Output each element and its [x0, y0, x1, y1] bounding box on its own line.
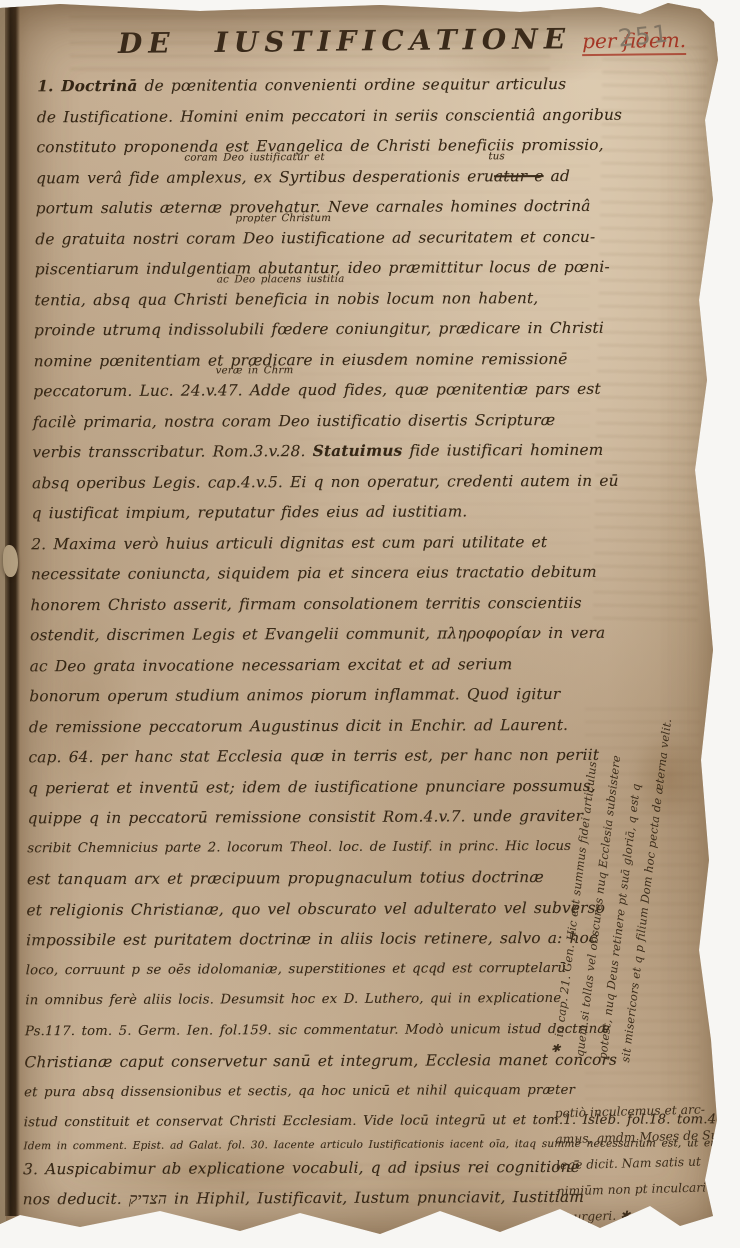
interlinear-note: coram Deo iustificatur et: [184, 153, 324, 164]
title-word-de: DE: [118, 26, 176, 60]
manuscript-line: de gratuita nostri coram Deo iustificati…: [35, 221, 610, 254]
title-word-iustificatione: IUSTIFICATIONE: [215, 22, 572, 59]
interlinear-note: veræ in Chrm: [215, 366, 293, 376]
manuscript-line: tentia, absq qua Christi beneficia in no…: [34, 282, 609, 315]
margin-note-line: amus, qmdm Moses de Sua: [555, 1122, 738, 1153]
manuscript-line: 3. Auspicabimur ab explicatione vocabuli…: [23, 1151, 598, 1184]
manuscript-line: Ps.117. tom. 5. Germ. Ien. fol.159. sic …: [25, 1014, 600, 1047]
manuscript-line: bonorum operum studium animos piorum inf…: [29, 679, 604, 712]
binding-gutter-shadow: [5, 6, 20, 1216]
interlinear-note: ac Deo placens iustitia: [217, 274, 345, 285]
manuscript-line: q perierat et inventū est; idem de iusti…: [28, 770, 603, 803]
margin-note-line: et urgeri. ✱: [557, 1200, 740, 1231]
interlinear-note: tus: [488, 152, 505, 162]
manuscript-line: peccatorum. Luc. 24.v.47. Adde quod fide…: [33, 374, 608, 407]
manuscript-line: honorem Christo asserit, firmam consolat…: [30, 587, 605, 620]
manuscript-line: ostendit, discrimen Legis et Evangelii c…: [30, 618, 605, 651]
manuscript-line: de Iustificatione. Homini enim peccatori…: [37, 99, 612, 132]
manuscript-line: ac Deo grata invocatione necessariam exc…: [29, 648, 604, 681]
manuscript-line: absq operibus Legis. cap.4.v.5. Ei q non…: [32, 465, 607, 498]
manuscript-line: loco, corruunt p se oēs idolomaniæ, supe…: [25, 953, 600, 986]
manuscript-line: impossibile est puritatem doctrinæ in al…: [26, 923, 601, 956]
manuscript-line: in omnibus ferè aliis locis. Desumsit ho…: [25, 984, 600, 1017]
manuscript-line: et pura absq dissensionibus et sectis, q…: [24, 1075, 599, 1108]
folio-number: 251: [617, 19, 671, 52]
manuscript-line: est tanquam arx et præcipuum propugnacul…: [27, 862, 602, 895]
margin-note-line: nimiūm non pt inculcari: [556, 1174, 739, 1205]
manuscript-line: 2. Maxima verò huius articuli dignitas e…: [31, 526, 606, 559]
manuscript-line: facilè primaria, nostra coram Deo iustif…: [33, 404, 608, 437]
page-title: DE IUSTIFICATIONE per fidem.: [118, 21, 686, 60]
manuscript-line: 1. Doctrinā de pœnitentia convenienti or…: [37, 69, 612, 102]
manuscript-line: verbis transscribatur. Rom.3.v.28. Statu…: [32, 435, 607, 468]
manuscript-line: proinde utrumq indissolubili fœdere coni…: [34, 313, 609, 346]
manuscript-line: necessitate coniuncta, siquidem pia et s…: [31, 557, 606, 590]
manuscript-line: quippe q in peccatorū remissione consist…: [27, 801, 602, 834]
binding-tie: [3, 545, 18, 577]
manuscript-lines: 1. Doctrinā de pœnitentia convenienti or…: [22, 69, 612, 1215]
manuscript-line: quam verâ fide amplexus, ex Syrtibus des…: [36, 160, 611, 193]
interlinear-note: propter Christum: [235, 213, 331, 223]
manuscript-line: cap. 64. per hanc stat Ecclesia quæ in t…: [28, 740, 603, 773]
margin-note-line: lege dicit. Nam satis ut: [556, 1148, 739, 1179]
manuscript-page: DE IUSTIFICATIONE per fidem. 251 1. Doct…: [0, 0, 740, 1248]
manuscript-line: nomine pœnitentiam et prædicare in eiusd…: [33, 343, 608, 376]
manuscript-line: nos deducit. הצדיק in Hiphil, Iustificav…: [22, 1182, 597, 1215]
manuscript-line: scribit Chemnicius parte 2. locorum Theo…: [27, 831, 602, 864]
manuscript-line: istud constituit et conservat Christi Ec…: [23, 1106, 598, 1139]
manuscript-line: Christianæ caput conservetur sanū et int…: [24, 1045, 599, 1078]
manuscript-line: et religionis Christianæ, quo vel obscur…: [26, 892, 601, 925]
manuscript-line: de remissione peccatorum Augustinus dici…: [29, 709, 604, 742]
margin-note-bottom: petiò inculcemus et arc-amus, qmdm Moses…: [554, 1096, 739, 1231]
manuscript-line: q iustificat impium, reputatur fides eiu…: [31, 496, 606, 529]
